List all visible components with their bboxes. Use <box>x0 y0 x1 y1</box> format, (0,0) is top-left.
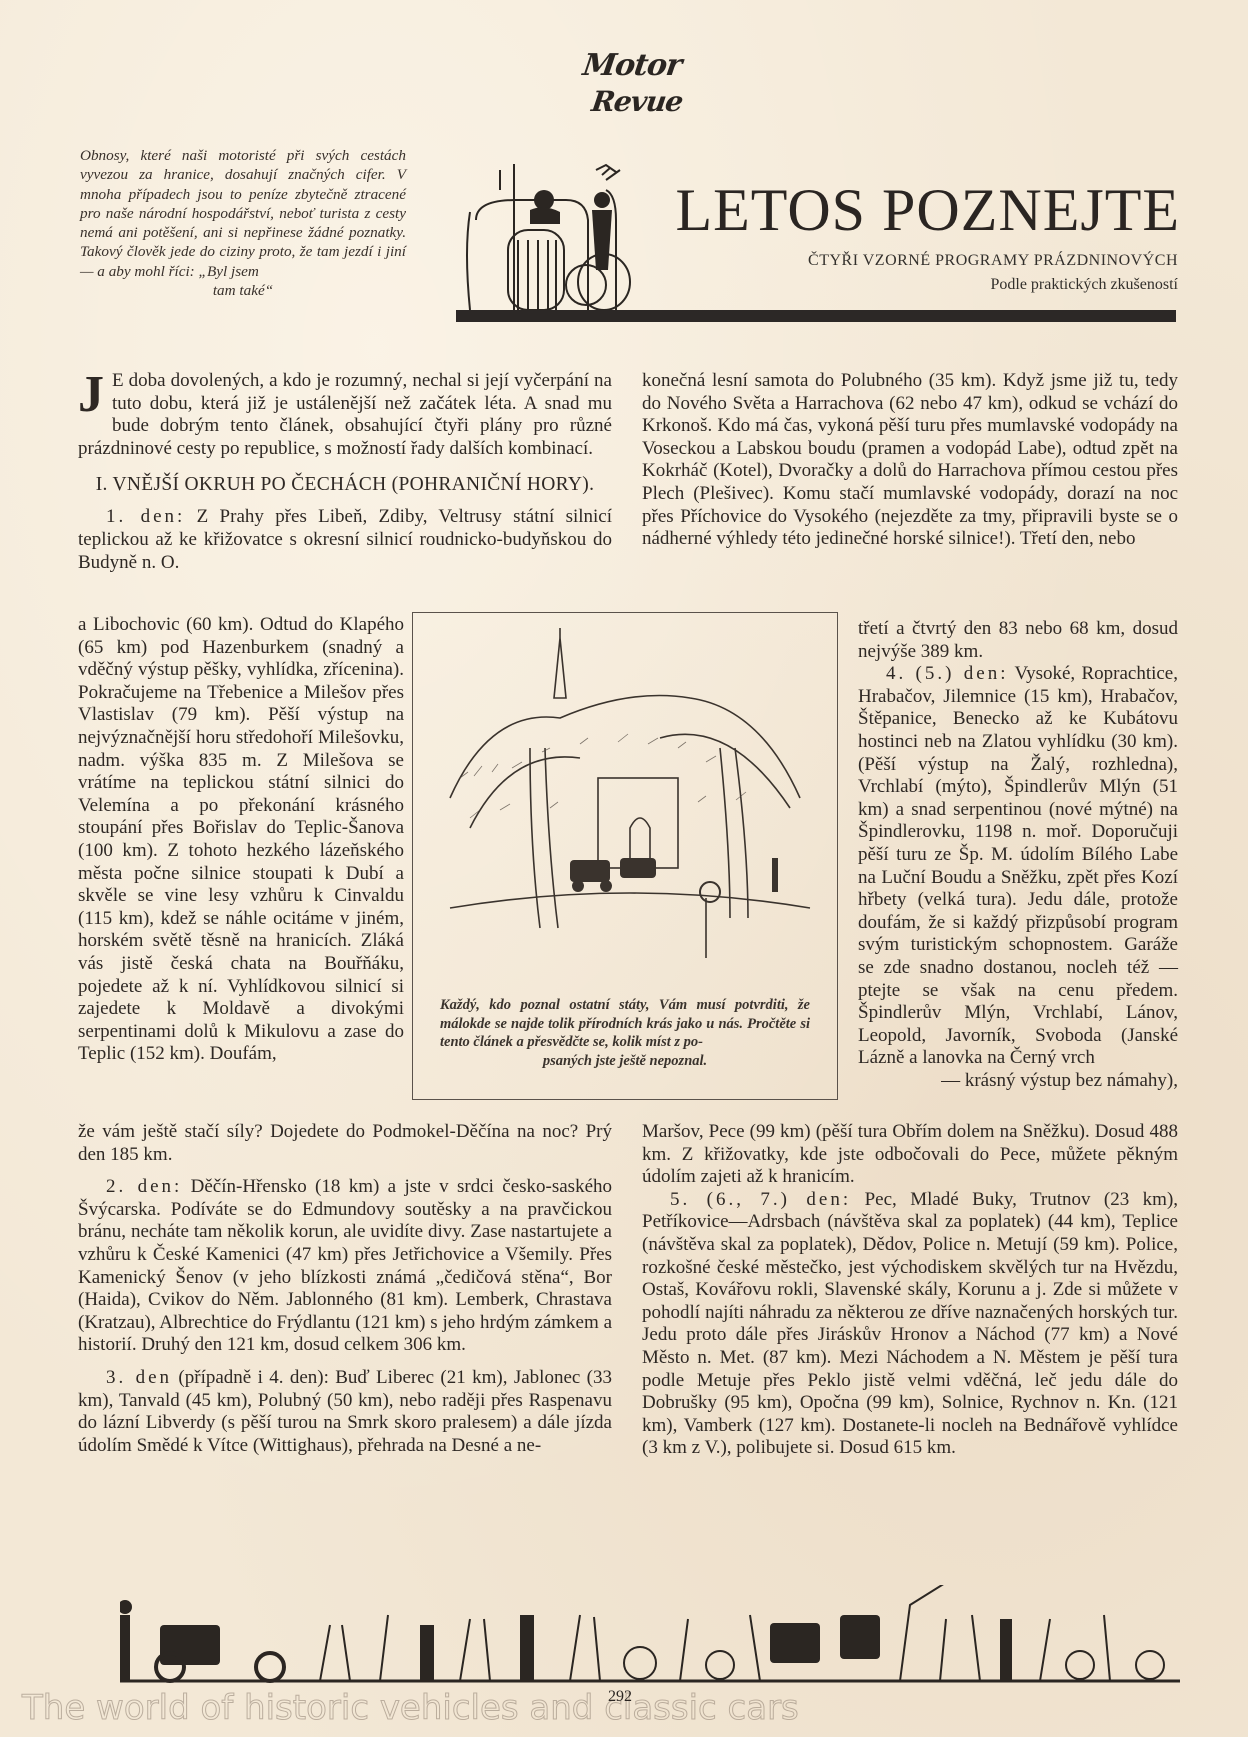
watermark-tagline: The world of historic vehicles and class… <box>22 1688 799 1728</box>
lead-paragraph: JE doba dovolených, a kdo je rozumný, ne… <box>78 370 612 460</box>
day3-label: 3. den <box>106 1367 172 1388</box>
magazine-logo: Motor Revue <box>572 48 692 120</box>
article-subtitle: ČTYŘI VZORNÉ PROGRAMY PRÁZDNINOVÝCH <box>700 252 1178 270</box>
day4-label: 4. (5.) den: <box>886 663 1008 684</box>
left-column-top: JE doba dovolených, a kdo je rozumný, ne… <box>78 370 612 574</box>
church-trees-illustration-icon <box>430 628 822 958</box>
car-illustration-icon <box>456 160 634 312</box>
day5-paragraph: 5. (6., 7.) den: Pec, Mladé Buky, Trutno… <box>642 1189 1178 1460</box>
illustration-caption: Každý, kdo poznal ostatní státy, Vám mus… <box>440 996 810 1070</box>
left-column-narrow: a Libochovic (60 km). Odtud do Klapého (… <box>78 614 404 1066</box>
left-column-bottom: že vám ještě stačí síly? Dojedete do Pod… <box>78 1121 612 1457</box>
intro-blurb: Obnosy, které naši motoristé při svých c… <box>80 146 406 300</box>
day3-paragraph: 3. den (případně i 4. den): Buď Liberec … <box>78 1367 612 1457</box>
right-column-top: konečná lesní samota do Polubného (35 km… <box>642 370 1178 551</box>
logo-line-revue: Revue <box>579 84 694 120</box>
day3-continued: konečná lesní samota do Polubného (35 km… <box>642 370 1178 551</box>
day4-aside: — krásný výstup bez námahy), <box>858 1070 1178 1093</box>
section-heading: I. VNĚJŠÍ OKRUH PO ČECHÁCH (POHRANIČNÍ H… <box>78 474 612 496</box>
day4-paragraph: 4. (5.) den: Vysoké, Roprachtice, Hrabač… <box>858 663 1178 1070</box>
header-rule <box>456 310 1176 322</box>
day2-paragraph: 2. den: Děčín-Hřensko (18 km) a jste v s… <box>78 1176 612 1357</box>
day1-end: že vám ještě stačí síly? Dojedete do Pod… <box>78 1121 612 1166</box>
day1-paragraph: 1. den: Z Prahy přes Libeň, Zdiby, Veltr… <box>78 506 612 574</box>
day4-end: Maršov, Pece (99 km) (pěší tura Obřím do… <box>642 1121 1178 1189</box>
article-byline: Podle praktických zkušeností <box>700 276 1178 294</box>
logo-line-motor: Motor <box>569 48 694 84</box>
article-title: LETOS POZNEJTE <box>660 178 1180 242</box>
day5-label: 5. (6., 7.) den: <box>670 1189 851 1210</box>
day1-continued: a Libochovic (60 km). Odtud do Klapého (… <box>78 614 404 1066</box>
day1-label: 1. den: <box>106 506 185 527</box>
drop-cap: J <box>78 372 104 418</box>
intro-text: Obnosy, které naši motoristé při svých c… <box>80 147 406 280</box>
intro-last-line: tam také“ <box>80 281 406 300</box>
page-number: 292 <box>608 1688 632 1706</box>
day3-end: třetí a čtvrtý den 83 nebo 68 km, dosud … <box>858 618 1178 663</box>
right-column-bottom: Maršov, Pece (99 km) (pěší tura Obřím do… <box>642 1121 1178 1460</box>
watermark-outline <box>10 1552 1248 1672</box>
day2-label: 2. den: <box>106 1176 182 1197</box>
right-column-narrow: třetí a čtvrtý den 83 nebo 68 km, dosud … <box>858 618 1178 1092</box>
